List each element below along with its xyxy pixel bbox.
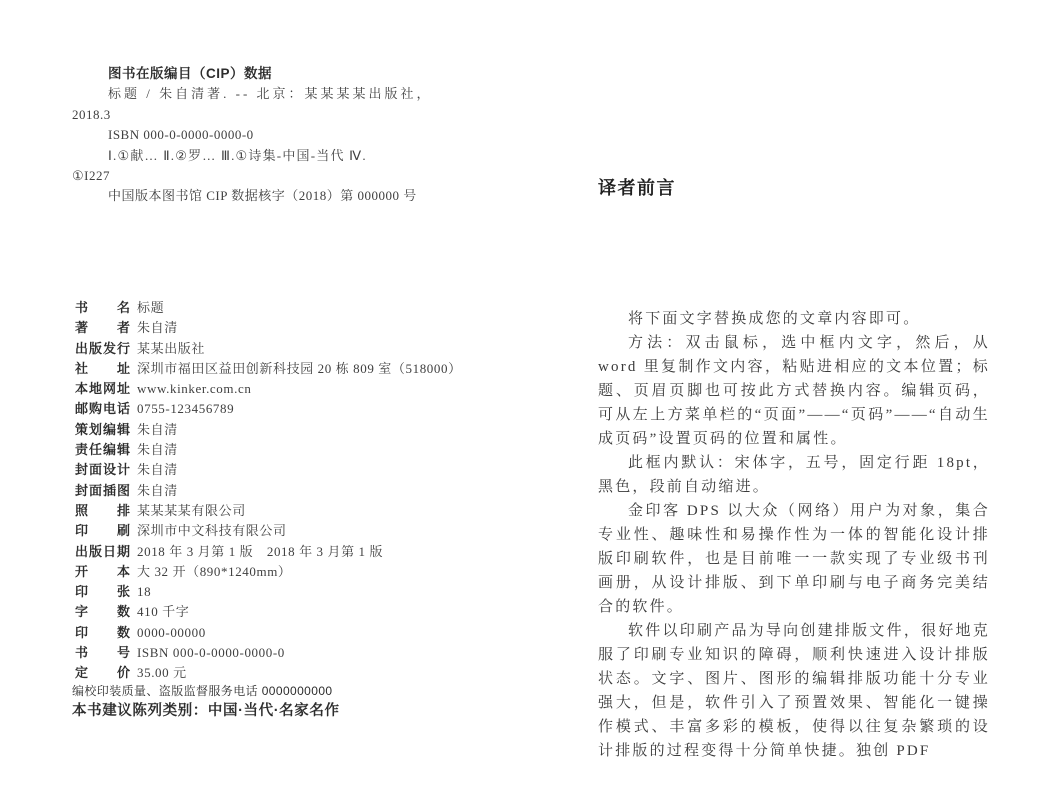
colophon-row-address: 社址深圳市福田区益田创新科技园 20 栋 809 室（518000） bbox=[75, 359, 495, 379]
colophon-row-publish-date: 出版日期2018 年 3 月第 1 版 2018 年 3 月第 1 版 bbox=[75, 542, 495, 562]
colophon-row-word-count: 字数410 千字 bbox=[75, 602, 495, 622]
colophon-row-book-title: 书名标题 bbox=[75, 298, 495, 318]
colophon-label: 字数 bbox=[75, 602, 130, 622]
colophon-value: 18 bbox=[137, 584, 151, 599]
colophon-label: 社址 bbox=[75, 359, 130, 379]
colophon-row-responsible-editor: 责任编辑朱自清 bbox=[75, 440, 495, 460]
colophon-label: 印张 bbox=[75, 582, 130, 602]
preface-paragraph: 将下面文字替换成您的文章内容即可。 bbox=[598, 307, 990, 331]
colophon-value: www.kinker.com.cn bbox=[137, 381, 251, 396]
quality-hotline-text: 编校印装质量、盗版监督服务电话 0000000000 bbox=[72, 683, 340, 700]
colophon-label: 封面设计 bbox=[75, 460, 130, 480]
colophon-label: 本地网址 bbox=[75, 379, 130, 399]
colophon-value: 某某某某有限公司 bbox=[137, 503, 246, 518]
cip-line-class-code: ①I227 bbox=[72, 166, 492, 186]
colophon-value: 标题 bbox=[137, 300, 164, 315]
colophon-list: 书名标题 著者朱自清 出版发行某某出版社 社址深圳市福田区益田创新科技园 20 … bbox=[75, 298, 495, 684]
preface-paragraph: 软件以印刷产品为导向创建排版文件，很好地克服了印刷专业知识的障碍，顺利快速进入设… bbox=[598, 619, 990, 763]
colophon-label: 书名 bbox=[75, 298, 130, 318]
cip-line-title: 标题 / 朱自清著. -- 北京：某某某某出版社， bbox=[72, 84, 492, 104]
colophon-row-website: 本地网址www.kinker.com.cn bbox=[75, 379, 495, 399]
colophon-row-typesetting: 照排某某某某有限公司 bbox=[75, 501, 495, 521]
preface-paragraph: 方法：双击鼠标，选中框内文字，然后，从 word 里复制作文内容，粘贴进相应的文… bbox=[598, 331, 990, 451]
colophon-row-cover-illustration: 封面插图朱自清 bbox=[75, 481, 495, 501]
colophon-row-publisher: 出版发行某某出版社 bbox=[75, 339, 495, 359]
colophon-value: ISBN 000-0-0000-0000-0 bbox=[137, 645, 285, 660]
left-page: 图书在版编目（CIP）数据 标题 / 朱自清著. -- 北京：某某某某出版社， … bbox=[72, 0, 502, 793]
colophon-value: 0755-123456789 bbox=[137, 401, 234, 416]
colophon-label: 印数 bbox=[75, 623, 130, 643]
book-spread: 图书在版编目（CIP）数据 标题 / 朱自清著. -- 北京：某某某某出版社， … bbox=[0, 0, 1058, 793]
colophon-value: 朱自清 bbox=[137, 442, 178, 457]
colophon-label: 定价 bbox=[75, 663, 130, 683]
colophon-row-author: 著者朱自清 bbox=[75, 318, 495, 338]
colophon-value: 35.00 元 bbox=[137, 665, 187, 680]
colophon-value: 0000-00000 bbox=[137, 625, 206, 640]
colophon-label: 照排 bbox=[75, 501, 130, 521]
shelving-category-text: 本书建议陈列类别：中国·当代·名家名作 bbox=[72, 700, 340, 722]
colophon-row-book-number: 书号ISBN 000-0-0000-0000-0 bbox=[75, 643, 495, 663]
colophon-value: 朱自清 bbox=[137, 483, 178, 498]
colophon-row-printer: 印刷深圳市中文科技有限公司 bbox=[75, 521, 495, 541]
colophon-label: 著者 bbox=[75, 318, 130, 338]
colophon-row-sheets: 印张18 bbox=[75, 582, 495, 602]
colophon-value: 2018 年 3 月第 1 版 2018 年 3 月第 1 版 bbox=[137, 544, 383, 559]
colophon-label: 责任编辑 bbox=[75, 440, 130, 460]
colophon-label: 出版日期 bbox=[75, 542, 130, 562]
colophon-value: 410 千字 bbox=[137, 604, 189, 619]
colophon-label: 邮购电话 bbox=[75, 399, 130, 419]
colophon-value: 深圳市中文科技有限公司 bbox=[137, 523, 287, 538]
colophon-value: 深圳市福田区益田创新科技园 20 栋 809 室（518000） bbox=[137, 361, 462, 376]
colophon-value: 朱自清 bbox=[137, 462, 178, 477]
colophon-label: 开本 bbox=[75, 562, 130, 582]
colophon-label: 书号 bbox=[75, 643, 130, 663]
colophon-label: 印刷 bbox=[75, 521, 130, 541]
colophon-row-price: 定价35.00 元 bbox=[75, 663, 495, 683]
colophon-label: 出版发行 bbox=[75, 339, 130, 359]
colophon-row-planning-editor: 策划编辑朱自清 bbox=[75, 420, 495, 440]
colophon-row-format: 开本大 32 开（890*1240mm） bbox=[75, 562, 495, 582]
cip-line-classification: Ⅰ.①献… Ⅱ.②罗… Ⅲ.①诗集-中国-当代 Ⅳ. bbox=[72, 146, 492, 166]
cip-line-isbn: ISBN 000-0-0000-0000-0 bbox=[72, 125, 492, 145]
colophon-value: 朱自清 bbox=[137, 422, 178, 437]
cip-line-year: 2018.3 bbox=[72, 105, 492, 125]
left-page-footer: 编校印装质量、盗版监督服务电话 0000000000 本书建议陈列类别：中国·当… bbox=[72, 683, 340, 722]
colophon-label: 封面插图 bbox=[75, 481, 130, 501]
cip-block: 图书在版编目（CIP）数据 标题 / 朱自清著. -- 北京：某某某某出版社， … bbox=[72, 64, 492, 207]
colophon-value: 某某出版社 bbox=[137, 341, 205, 356]
cip-line-registry: 中国版本图书馆 CIP 数据核字（2018）第 000000 号 bbox=[72, 186, 492, 206]
colophon-value: 大 32 开（890*1240mm） bbox=[137, 564, 292, 579]
colophon-row-cover-design: 封面设计朱自清 bbox=[75, 460, 495, 480]
right-page: 译者前言 将下面文字替换成您的文章内容即可。 方法：双击鼠标，选中框内文字，然后… bbox=[598, 0, 990, 793]
colophon-value: 朱自清 bbox=[137, 320, 178, 335]
preface-paragraph: 金印客 DPS 以大众（网络）用户为对象，集合专业性、趣味性和易操作性为一体的智… bbox=[598, 499, 990, 619]
preface-body: 将下面文字替换成您的文章内容即可。 方法：双击鼠标，选中框内文字，然后，从 wo… bbox=[598, 307, 990, 763]
cip-heading: 图书在版编目（CIP）数据 bbox=[72, 64, 492, 84]
preface-paragraph: 此框内默认：宋体字，五号，固定行距 18pt，黑色，段前自动缩进。 bbox=[598, 451, 990, 499]
colophon-label: 策划编辑 bbox=[75, 420, 130, 440]
preface-title: 译者前言 bbox=[598, 174, 676, 200]
colophon-row-print-run: 印数0000-00000 bbox=[75, 623, 495, 643]
colophon-row-phone: 邮购电话0755-123456789 bbox=[75, 399, 495, 419]
